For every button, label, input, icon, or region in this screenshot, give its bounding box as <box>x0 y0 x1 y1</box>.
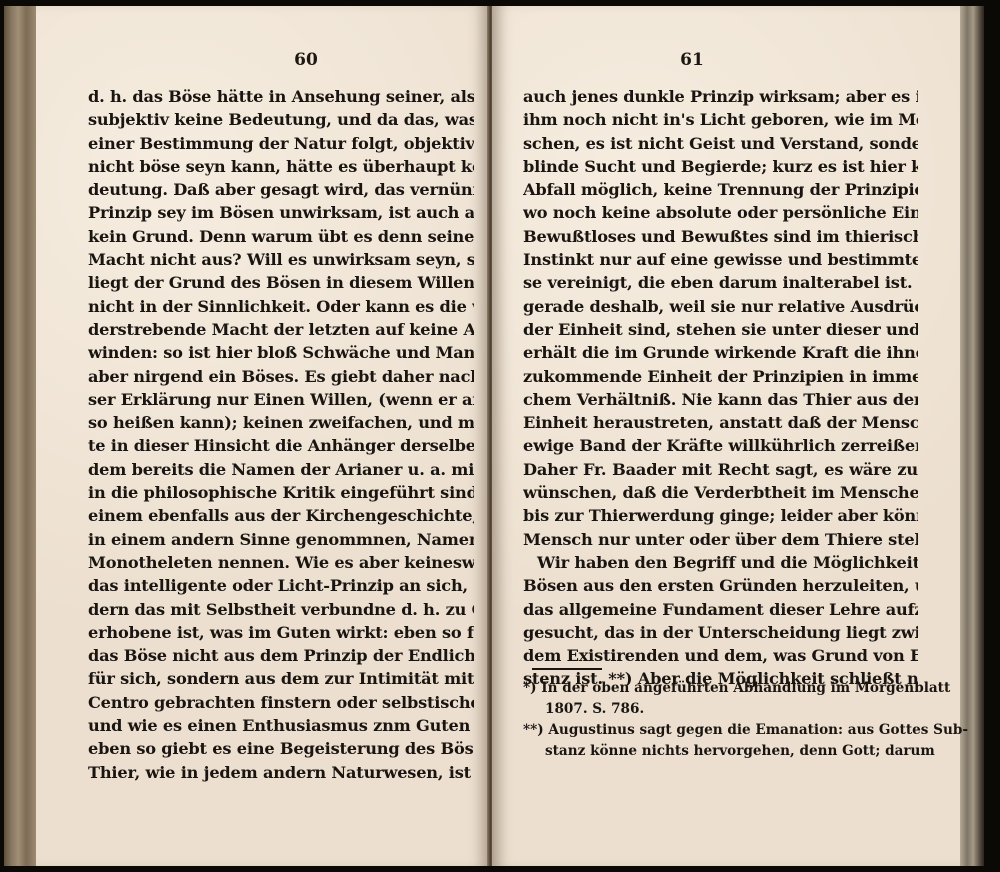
text-line: gerade deshalb, weil sie nur relative Au… <box>523 295 918 318</box>
text-line: Bewußtloses und Bewußtes sind im thieris… <box>523 225 918 248</box>
page-number-left: 60 <box>276 50 336 70</box>
text-line: Bösen aus den ersten Gründen herzuleiten… <box>523 574 918 597</box>
text-line: aber nirgend ein Böses. Es giebt daher n… <box>88 365 474 388</box>
left-page: 60 d. h. das Böse hätte in Ansehung sein… <box>36 6 489 866</box>
footnotes: *) In der oben angeführten Abhandlung im… <box>523 678 918 762</box>
text-line: winden: so ist hier bloß Schwäche und Ma… <box>88 341 474 364</box>
text-line: eben so giebt es eine Begeisterung des B… <box>88 737 474 760</box>
text-line: wünschen, daß die Verderbtheit im Mensch… <box>523 481 918 504</box>
text-line: Monotheleten nennen. Wie es aber keinesw… <box>88 551 474 574</box>
text-line: wo noch keine absolute oder persönliche … <box>523 201 918 224</box>
text-line: dern das mit Selbstheit verbundne d. h. … <box>88 598 474 621</box>
footnote-line: **) Augustinus sagt gegen die Emanation:… <box>523 720 918 741</box>
text-line: liegt der Grund des Bösen in diesem Will… <box>88 271 474 294</box>
text-line: Instinkt nur auf eine gewisse und bestim… <box>523 248 918 271</box>
text-line: ewige Band der Kräfte willkührlich zerre… <box>523 434 918 457</box>
footnote-line: *) In der oben angeführten Abhandlung im… <box>523 678 918 699</box>
text-line: subjektiv keine Bedeutung, und da das, w… <box>88 108 474 131</box>
text-line: chem Verhältniß. Nie kann das Thier aus … <box>523 388 918 411</box>
text-line: in die philosophische Kritik eingeführt … <box>88 481 474 504</box>
text-line: ihm noch nicht in's Licht geboren, wie i… <box>523 108 918 131</box>
right-page: 61 auch jenes dunkle Prinzip wirksam; ab… <box>492 6 960 866</box>
text-line: dem Existirenden und dem, was Grund von … <box>523 644 918 667</box>
text-line: dem bereits die Namen der Arianer u. a. … <box>88 458 474 481</box>
text-line: nicht böse seyn kann, hätte es überhaupt… <box>88 155 474 178</box>
text-line: in einem andern Sinne genommnen, Namen d… <box>88 528 474 551</box>
text-line: Mensch nur unter oder über dem Thiere st… <box>523 528 918 551</box>
text-line: bis zur Thierwerdung ginge; leider aber … <box>523 504 918 527</box>
text-line: auch jenes dunkle Prinzip wirksam; aber … <box>523 85 918 108</box>
text-line: d. h. das Böse hätte in Ansehung seiner,… <box>88 85 474 108</box>
text-line: erhobene ist, was im Guten wirkt: eben s… <box>88 621 474 644</box>
text-line: Prinzip sey im Bösen unwirksam, ist auch… <box>88 201 474 224</box>
text-line: Abfall möglich, keine Trennung der Prinz… <box>523 178 918 201</box>
text-line: blinde Sucht und Begierde; kurz es ist h… <box>523 155 918 178</box>
paragraph-start-line: Wir haben den Begriff und die Möglichkei… <box>523 551 918 574</box>
footnote-line: stanz könne nichts hervorgehen, denn Got… <box>523 741 918 762</box>
text-line: für sich, sondern aus dem zur Intimität … <box>88 667 474 690</box>
page-number-right: 61 <box>662 50 722 70</box>
text-line: zukommende Einheit der Prinzipien in imm… <box>523 365 918 388</box>
text-line: te in dieser Hinsicht die Anhänger derse… <box>88 434 474 457</box>
left-page-body: d. h. das Böse hätte in Ansehung seiner,… <box>88 85 474 784</box>
text-line: gesucht, das in der Unterscheidung liegt… <box>523 621 918 644</box>
text-line: Thier, wie in jedem andern Naturwesen, i… <box>88 761 474 784</box>
text-line: der Einheit sind, stehen sie unter diese… <box>523 318 918 341</box>
text-line: derstrebende Macht der letzten auf keine… <box>88 318 474 341</box>
text-line: deutung. Daß aber gesagt wird, das vernü… <box>88 178 474 201</box>
footnote-line: 1807. S. 786. <box>523 699 918 720</box>
text-line: kein Grund. Denn warum übt es denn seine <box>88 225 474 248</box>
text-line: schen, es ist nicht Geist und Verstand, … <box>523 132 918 155</box>
book-edge-left <box>4 6 36 866</box>
footnote-rule <box>532 668 602 670</box>
text-line: das allgemeine Fundament dieser Lehre au… <box>523 598 918 621</box>
right-page-body: auch jenes dunkle Prinzip wirksam; aber … <box>523 85 918 691</box>
footnote-2: **) Augustinus sagt gegen die Emanation:… <box>523 720 918 762</box>
text-line: se vereinigt, die eben darum inalterabel… <box>523 271 918 294</box>
text-line: einer Bestimmung der Natur folgt, objekt… <box>88 132 474 155</box>
text-line: und wie es einen Enthusiasmus znm Guten … <box>88 714 474 737</box>
text-line: das intelligente oder Licht-Prinzip an s… <box>88 574 474 597</box>
text-line: Macht nicht aus? Will es unwirksam seyn,… <box>88 248 474 271</box>
text-line: Daher Fr. Baader mit Recht sagt, es wäre… <box>523 458 918 481</box>
text-line: erhält die im Grunde wirkende Kraft die … <box>523 341 918 364</box>
text-line: nicht in der Sinnlichkeit. Oder kann es … <box>88 295 474 318</box>
footnote-1: *) In der oben angeführten Abhandlung im… <box>523 678 918 720</box>
text-line: ser Erklärung nur Einen Willen, (wenn er… <box>88 388 474 411</box>
text-line: so heißen kann); keinen zweifachen, und … <box>88 411 474 434</box>
text-line: Centro gebrachten finstern oder selbstis… <box>88 691 474 714</box>
text-line: Einheit heraustreten, anstatt daß der Me… <box>523 411 918 434</box>
text-line: einem ebenfalls aus der Kirchengeschicht… <box>88 504 474 527</box>
text-line: das Böse nicht aus dem Prinzip der Endli… <box>88 644 474 667</box>
